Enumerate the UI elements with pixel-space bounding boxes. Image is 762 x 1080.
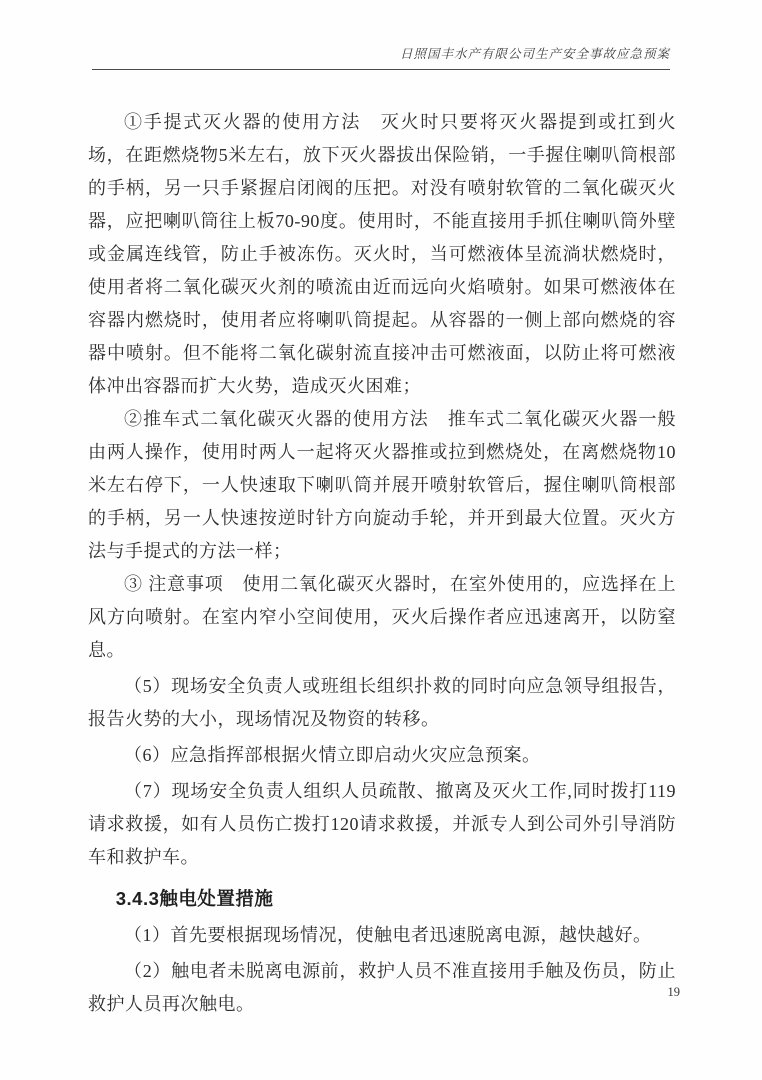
paragraph-cart-extinguisher-usage: ②推车式二氧化碳灭火器的使用方法 推车式二氧化碳灭火器一般由两人操作，使用时两人… xyxy=(88,403,676,568)
page-number: 19 xyxy=(668,985,681,1000)
paragraph-item-7: （7）现场安全负责人组织人员疏散、撤离及灭火工作,同时拨打119请求救援，如有人… xyxy=(88,775,676,874)
page-header: 日照国丰水产有限公司生产安全事故应急预案 xyxy=(92,44,670,70)
paragraph-item-5: （5）现场安全负责人或班组长组织扑救的同时向应急领导组报告，报告火势的大小，现场… xyxy=(88,670,676,736)
document-page: 日照国丰水产有限公司生产安全事故应急预案 ①手提式灭火器的使用方法 灭火时只要将… xyxy=(0,0,762,1080)
paragraph-electric-shock-item-2: （2）触电者未脱离电源前，救护人员不准直接用手触及伤员，防止救护人员再次触电。 xyxy=(88,955,676,1021)
paragraph-item-6: （6）应急指挥部根据火情立即启动火灾应急预案。 xyxy=(88,739,676,772)
paragraph-electric-shock-item-1: （1）首先要根据现场情况，使触电者迅速脱离电源，越快越好。 xyxy=(88,919,676,952)
document-body: ①手提式灭火器的使用方法 灭火时只要将灭火器提到或扛到火场，在距燃烧物5米左右，… xyxy=(88,106,676,1021)
paragraph-handheld-extinguisher-usage: ①手提式灭火器的使用方法 灭火时只要将灭火器提到或扛到火场，在距燃烧物5米左右，… xyxy=(88,106,676,403)
section-heading-3-4-3: 3.4.3触电处置措施 xyxy=(88,882,676,915)
paragraph-precautions: ③ 注意事项 使用二氧化碳灭火器时，在室外使用的，应选择在上风方向喷射。在室内窄… xyxy=(88,568,676,667)
header-title: 日照国丰水产有限公司生产安全事故应急预案 xyxy=(400,47,670,61)
